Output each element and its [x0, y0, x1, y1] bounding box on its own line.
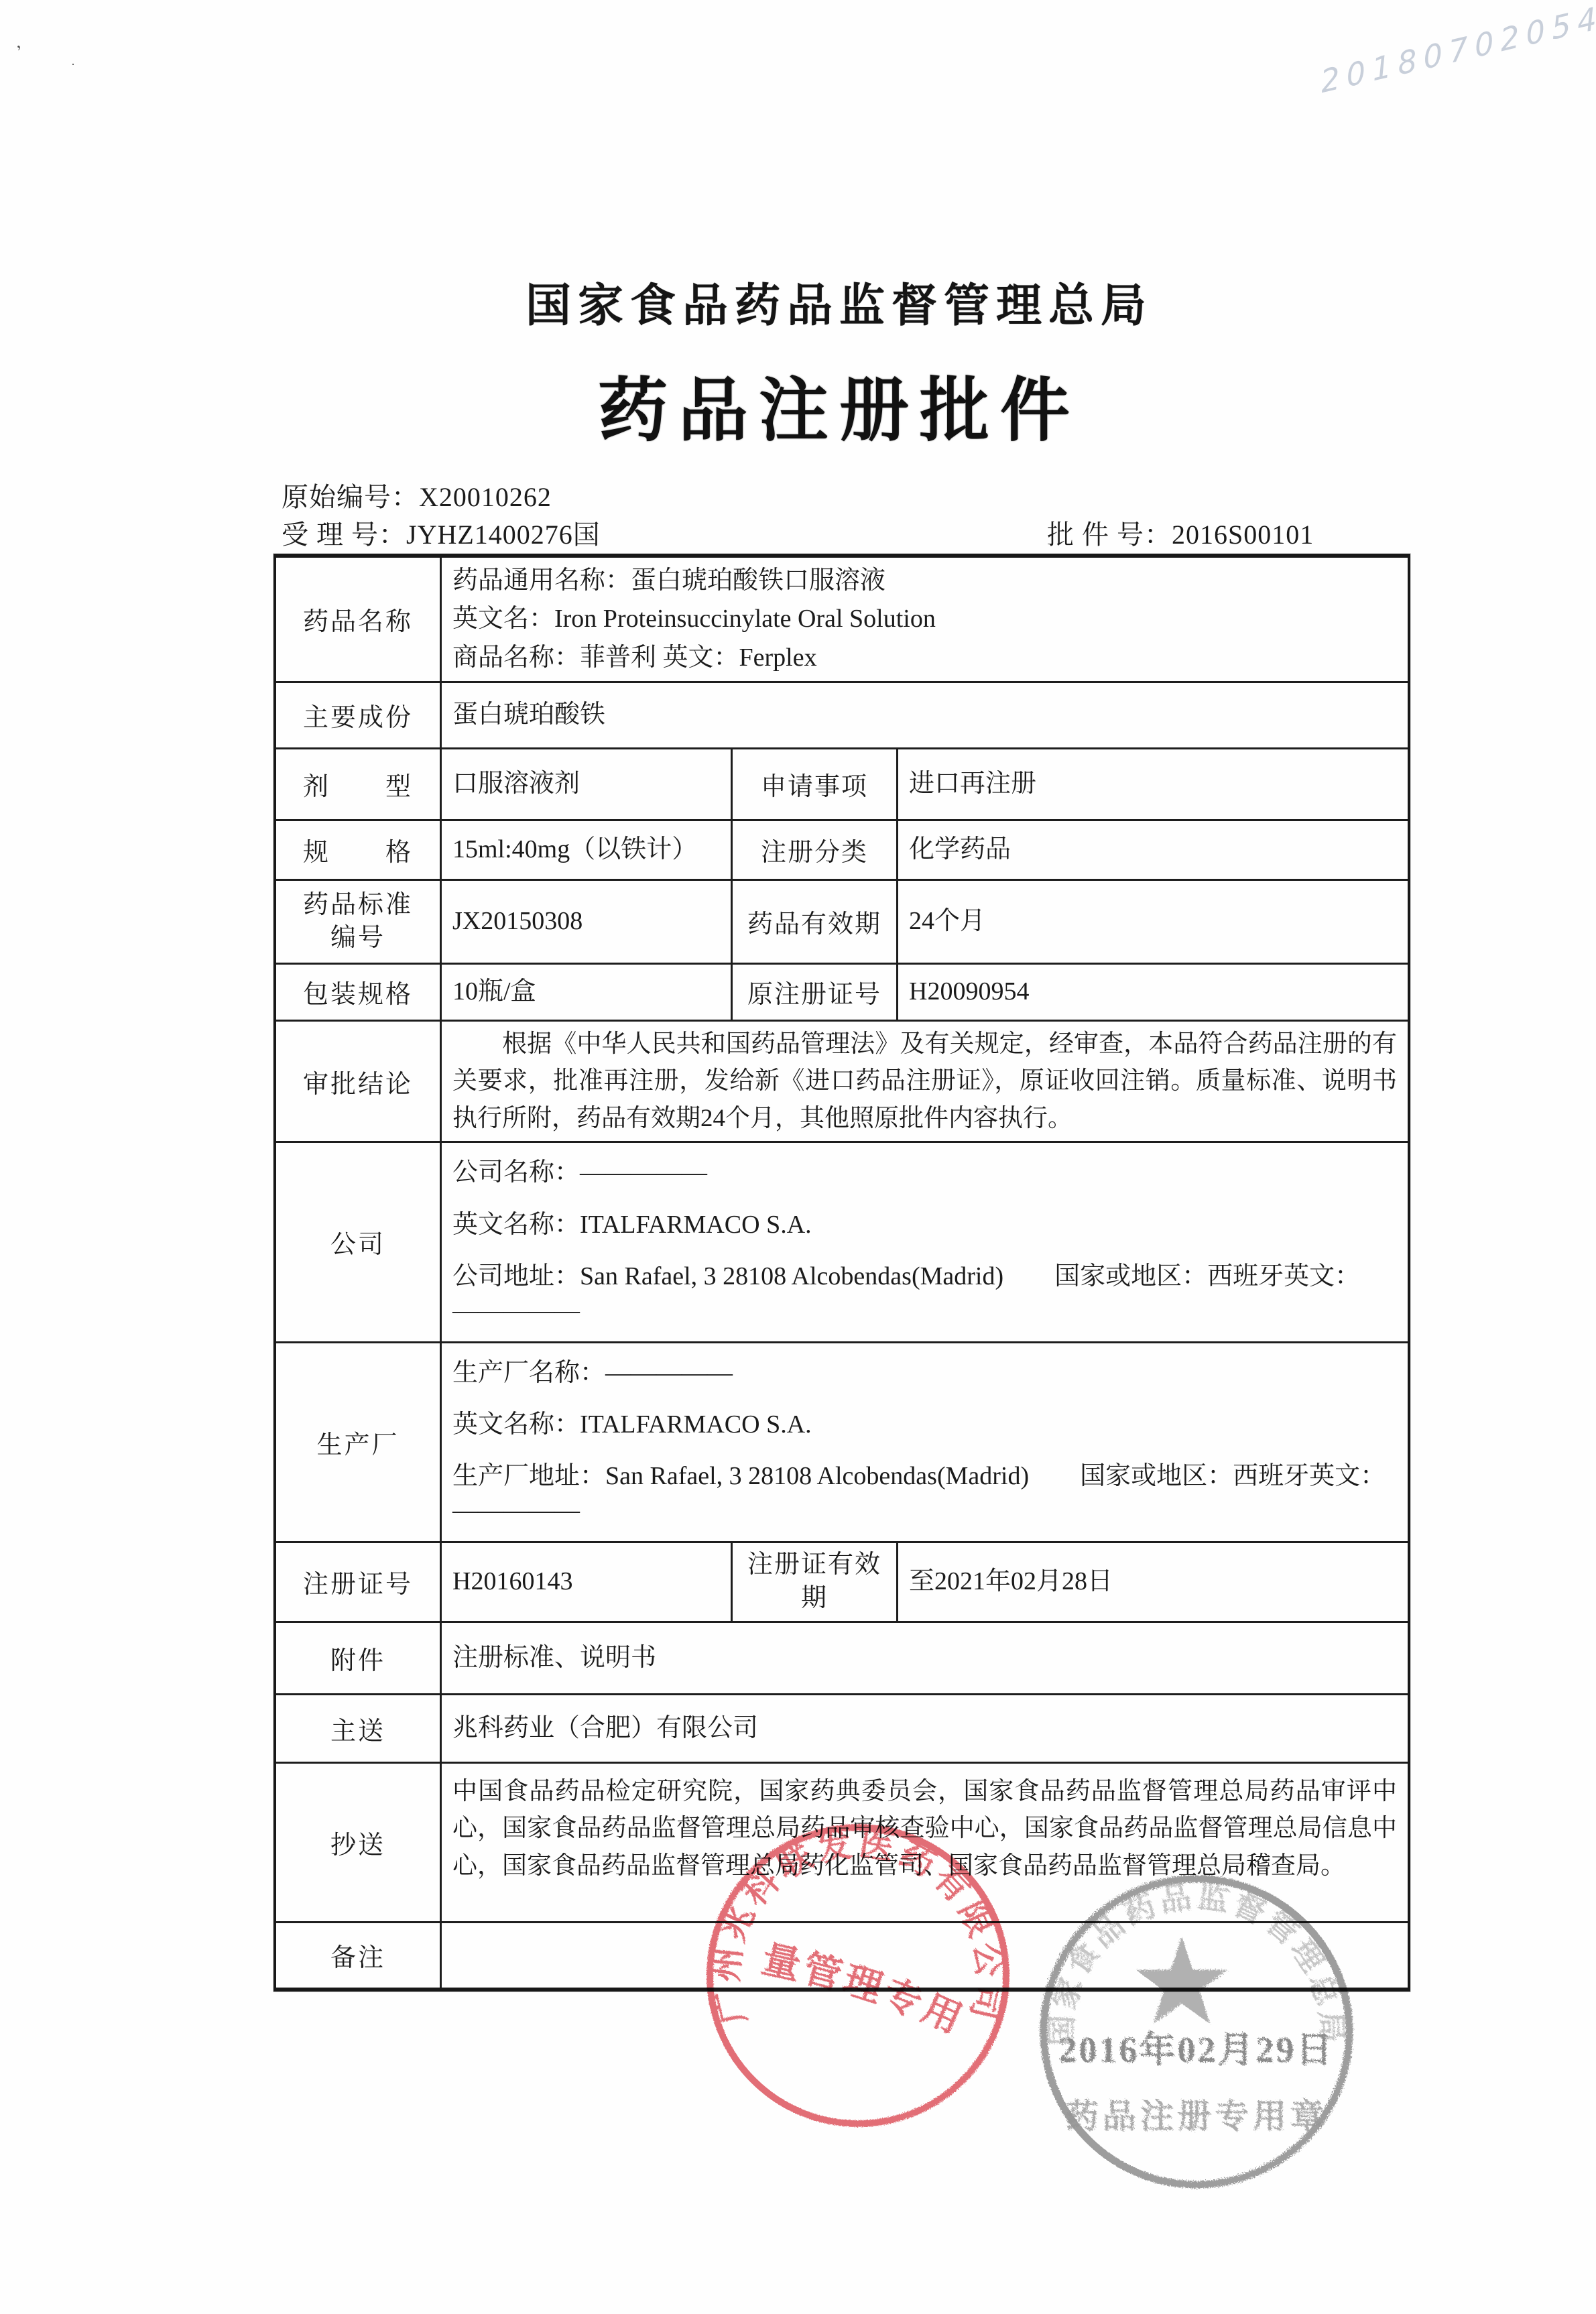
dosage-form-value: 口服溶液剂 — [442, 749, 733, 819]
drug-english-name: 英文名：Iron Proteinsuccinylate Oral Solutio… — [452, 602, 1397, 636]
svg-text:国家食品药品监督管理总局: 国家食品药品监督管理总局 — [1044, 1879, 1348, 2046]
original-number-value: X20010262 — [419, 482, 552, 512]
table-row-packaging: 包装规格 10瓶/盒 原注册证号 H20090954 — [276, 963, 1408, 1020]
attachments-value: 注册标准、说明书 — [442, 1623, 1408, 1693]
approval-conclusion-value: 根据《中华人民共和国药品管理法》及有关规定，经审查，本品符合药品注册的有关要求，… — [442, 1022, 1408, 1142]
value-text: 兆科药业（合肥）有限公司 — [452, 1711, 1397, 1746]
manufacturer-english-name: 英文名称：ITALFARMACO S.A. — [452, 1408, 1397, 1442]
company-address: 公司地址：San Rafael, 3 28108 Alcobendas(Madr… — [452, 1260, 1397, 1329]
row-label-2: 注册分类 — [733, 821, 898, 879]
value-text: 至2021年02月28日 — [909, 1565, 1397, 1599]
agency-seal-ring-text: 国家食品药品监督管理总局 — [1044, 1879, 1348, 2046]
original-number-line: 原始编号：X20010262 — [282, 476, 552, 514]
approval-table: 药品名称 药品通用名称：蛋白琥珀酸铁口服溶液 英文名：Iron Proteins… — [273, 554, 1410, 1992]
registration-cert-value: H20160143 — [442, 1543, 733, 1621]
row-label: 规 格 — [276, 821, 442, 879]
table-row-approval-conclusion: 审批结论 根据《中华人民共和国药品管理法》及有关规定，经审查，本品符合药品注册的… — [276, 1020, 1408, 1142]
approval-number-label: 批 件 号： — [1047, 520, 1172, 550]
row-label: 备注 — [276, 1923, 442, 1988]
row-label: 附件 — [276, 1623, 442, 1693]
row-value: 公司名称：————— 英文名称：ITALFARMACO S.A. 公司地址：Sa… — [442, 1143, 1408, 1341]
table-row-specification: 规 格 15ml:40mg（以铁计） 注册分类 化学药品 — [276, 819, 1408, 879]
manufacturer-address: 生产厂地址：San Rafael, 3 28108 Alcobendas(Mad… — [452, 1459, 1397, 1528]
value-text: 15ml:40mg（以铁计） — [452, 833, 720, 867]
table-row-dosage-form: 剂 型 口服溶液剂 申请事项 进口再注册 — [276, 747, 1408, 819]
value-text: 24个月 — [909, 904, 1397, 938]
acceptance-number-label: 受 理 号： — [282, 520, 406, 550]
company-name: 公司名称：————— — [452, 1156, 1397, 1190]
table-row-registration-cert: 注册证号 H20160143 注册证有效期 至2021年02月28日 — [276, 1541, 1408, 1621]
row-label-2: 药品有效期 — [733, 881, 898, 963]
registration-class-value: 化学药品 — [898, 821, 1408, 879]
manufacturer-name: 生产厂名称：————— — [452, 1356, 1397, 1390]
label-text: 注册证有效期 — [746, 1548, 882, 1615]
scanned-document-page: ʼ · 20180702054 国家食品药品监督管理总局 药品注册批件 原始编号… — [0, 0, 1596, 2314]
value-text: JX20150308 — [452, 904, 720, 938]
row-label: 公司 — [276, 1143, 442, 1341]
value-text: 10瓶/盒 — [452, 975, 720, 1009]
original-number-label: 原始编号： — [282, 482, 419, 512]
row-label: 包装规格 — [276, 965, 442, 1020]
company-english-name: 英文名称：ITALFARMACO S.A. — [452, 1208, 1397, 1242]
value-text: 进口再注册 — [909, 767, 1397, 801]
main-recipient-value: 兆科药业（合肥）有限公司 — [442, 1695, 1408, 1762]
acceptance-number-value: JYHZ1400276国 — [406, 520, 601, 550]
agency-seal-date: 2016年02月29日 — [1059, 2029, 1335, 2070]
scan-artifact: ʼ — [14, 41, 26, 62]
packaging-value: 10瓶/盒 — [442, 965, 733, 1020]
agency-title: 国家食品药品监督管理总局 — [273, 269, 1405, 334]
row-label: 剂 型 — [276, 749, 442, 819]
row-value: 生产厂名称：————— 英文名称：ITALFARMACO S.A. 生产厂地址：… — [442, 1343, 1408, 1541]
value-text: H20160143 — [452, 1565, 720, 1599]
drug-generic-name: 药品通用名称：蛋白琥珀酸铁口服溶液 — [452, 564, 1397, 598]
row-label: 主送 — [276, 1695, 442, 1762]
approval-number-line: 批 件 号：2016S00101 — [1047, 513, 1314, 552]
table-row-company: 公司 公司名称：————— 英文名称：ITALFARMACO S.A. 公司地址… — [276, 1141, 1408, 1341]
acceptance-number-line: 受 理 号：JYHZ1400276国 — [282, 513, 601, 552]
row-label: 审批结论 — [276, 1022, 442, 1142]
table-row-main-ingredient: 主要成份 蛋白琥珀酸铁 — [276, 681, 1408, 747]
row-label-2: 原注册证号 — [733, 965, 898, 1020]
standard-number-value: JX20150308 — [442, 881, 733, 963]
agency-seal-stamp: 国家食品药品监督管理总局 2016年02月29日 药品注册专用章 — [1032, 1868, 1361, 2196]
row-label-2: 注册证有效期 — [733, 1543, 898, 1621]
scan-artifact: · — [71, 58, 75, 72]
label-text: 药品标准编号 — [290, 889, 426, 955]
company-seal-stamp: 广州兆科联发医药有限公司 质量管理专用章 — [700, 1818, 1016, 2133]
value-text: 注册标准、说明书 — [452, 1641, 1397, 1675]
value-text: 根据《中华人民共和国药品管理法》及有关规定，经审查，本品符合药品注册的有关要求，… — [452, 1026, 1397, 1138]
table-row-attachments: 附件 注册标准、说明书 — [276, 1621, 1408, 1693]
table-row-manufacturer: 生产厂 生产厂名称：————— 英文名称：ITALFARMACO S.A. 生产… — [276, 1341, 1408, 1541]
value-text: 化学药品 — [909, 833, 1397, 867]
handwritten-number: 20180702054 — [1319, 1, 1596, 101]
row-label: 主要成份 — [276, 683, 442, 747]
application-item-value: 进口再注册 — [898, 749, 1408, 819]
approval-number-value: 2016S00101 — [1172, 520, 1314, 550]
drug-trade-name: 商品名称：菲普利 英文：Ferplex — [452, 641, 1397, 675]
row-value: 药品通用名称：蛋白琥珀酸铁口服溶液 英文名：Iron Proteinsuccin… — [442, 558, 1408, 681]
value-text: H20090954 — [909, 975, 1397, 1009]
row-label-2: 申请事项 — [733, 749, 898, 819]
row-label: 生产厂 — [276, 1343, 442, 1541]
row-label: 药品标准编号 — [276, 881, 442, 963]
original-cert-number-value: H20090954 — [898, 965, 1408, 1020]
table-row-standard-number: 药品标准编号 JX20150308 药品有效期 24个月 — [276, 879, 1408, 963]
document-title: 药品注册批件 — [273, 354, 1405, 454]
value-text: 口服溶液剂 — [452, 767, 720, 801]
main-ingredient-value: 蛋白琥珀酸铁 — [452, 698, 1397, 732]
row-label: 注册证号 — [276, 1543, 442, 1621]
table-row-drug-name: 药品名称 药品通用名称：蛋白琥珀酸铁口服溶液 英文名：Iron Proteins… — [276, 558, 1408, 681]
specification-value: 15ml:40mg（以铁计） — [442, 821, 733, 879]
row-label: 抄送 — [276, 1764, 442, 1921]
agency-seal-center-text: 药品注册专用章 — [1065, 2097, 1328, 2135]
star-icon — [1136, 1937, 1228, 2024]
validity-period-value: 24个月 — [898, 881, 1408, 963]
row-value: 蛋白琥珀酸铁 — [442, 683, 1408, 747]
cert-validity-value: 至2021年02月28日 — [898, 1543, 1408, 1621]
table-row-main-recipient: 主送 兆科药业（合肥）有限公司 — [276, 1693, 1408, 1762]
row-label: 药品名称 — [276, 558, 442, 681]
